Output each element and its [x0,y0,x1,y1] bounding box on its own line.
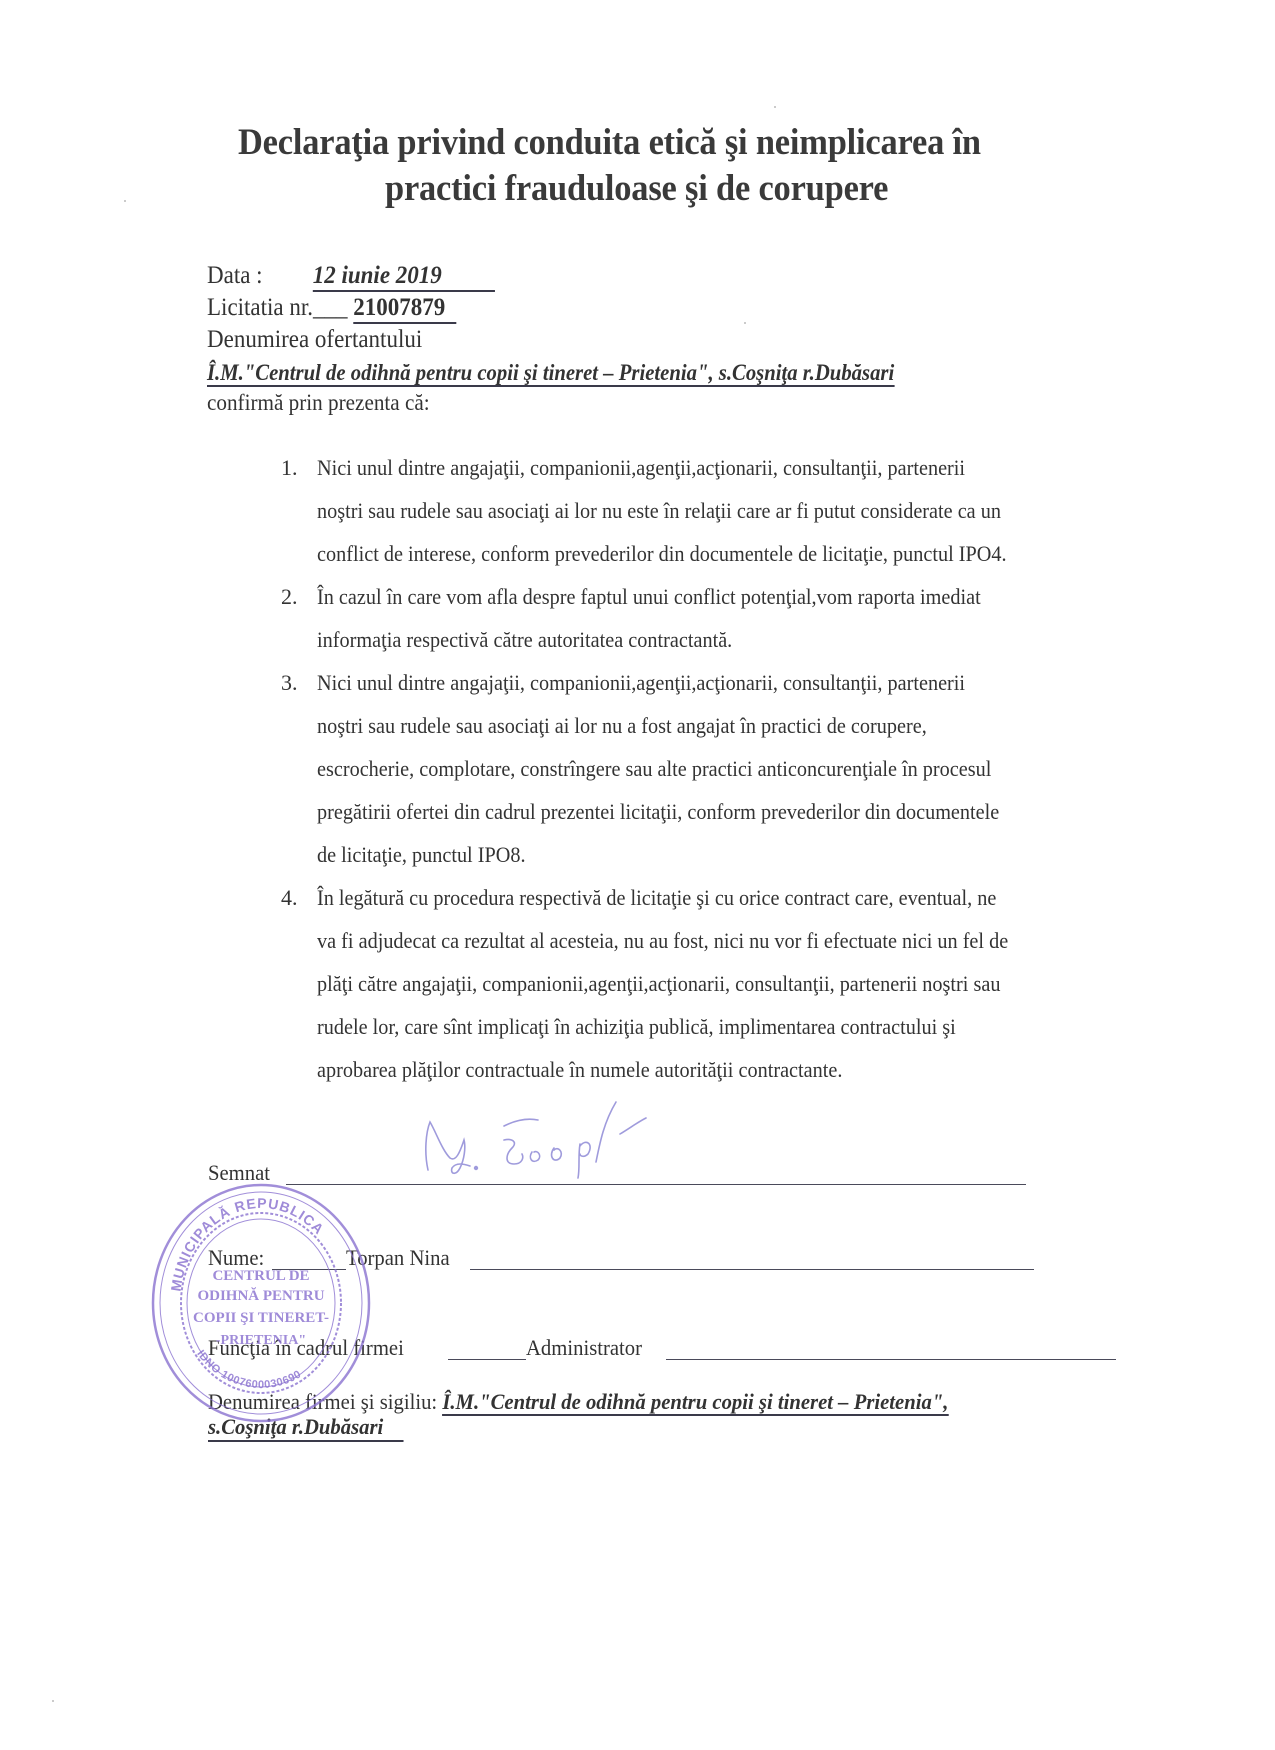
tender-number: 21007879 [353,294,445,321]
stamp-idno: IDNO 1007600030690 [194,1348,303,1391]
list-item-line: rudele lor, care sînt implicaţi în achiz… [317,1014,956,1040]
list-item-number: 1. [281,455,298,481]
svg-text:IDNO 1007600030690: IDNO 1007600030690 [194,1348,303,1391]
list-item-line: În cazul în care vom afla despre faptul … [317,584,981,610]
list-item-line: plăţi către angajaţii, companionii,agenţ… [317,971,1000,997]
tender-row: Licitatia nr.___ 21007879 [207,294,456,324]
tender-field: 21007879 [353,294,456,324]
official-stamp: MUNICIPALĂ REPUBLICA IDNO 1007600030690 … [150,1182,372,1424]
svg-text:-PRIETENIA": -PRIETENIA" [216,1333,306,1348]
list-item-line: În legătură cu procedura respectivă de l… [317,885,996,911]
tender-prefix-blank: ___ [313,294,348,321]
position-value: Administrator [526,1335,642,1361]
date-label: Data : [207,262,263,289]
scan-speck [744,322,746,324]
list-item-line: Nici unul dintre angajaţii, companionii,… [317,670,965,696]
date-value: 12 iunie 2019 [313,262,442,289]
list-item-line: escrocherie, complotare, constrîngere sa… [317,756,991,782]
handwritten-signature [420,1092,650,1184]
date-row: Data : 12 iunie 2019 [207,262,495,292]
svg-text:COPII ŞI TINERET-: COPII ŞI TINERET- [193,1310,329,1326]
list-item-line: Nici unul dintre angajaţii, companionii,… [317,455,965,481]
list-item-line: pregătirii ofertei din cadrul prezentei … [317,799,999,825]
bidder-label: Denumirea ofertantului [207,326,422,354]
confirm-text: confirmă prin prezenta că: [207,390,430,416]
firm-value-line-1: Î.M."Centrul de odihnă pentru copii şi t… [442,1389,948,1416]
scan-speck [52,1700,54,1702]
list-item-line: noştri sau rudele sau asociaţi ai lor nu… [317,713,927,739]
document-title-line-1: Declaraţia privind conduita etică şi nei… [238,121,981,164]
name-line [470,1269,1034,1270]
svg-text:ODIHNĂ PENTRU: ODIHNĂ PENTRU [197,1287,324,1304]
list-item-number: 3. [281,670,298,696]
bidder-name-value: Î.M."Centrul de odihnă pentru copii şi t… [207,360,894,387]
list-item-line: va fi adjudecat ca rezultat al acesteia,… [317,928,1008,954]
tender-label: Licitatia nr. [207,294,313,321]
date-field: 12 iunie 2019 [313,262,495,292]
bidder-name: Î.M."Centrul de odihnă pentru copii şi t… [207,360,894,386]
list-item-line: informaţia respectivă către autoritatea … [317,627,732,653]
list-item-number: 2. [281,584,298,610]
position-blank-line [448,1359,526,1360]
svg-text:CENTRUL DE: CENTRUL DE [212,1268,309,1284]
scan-speck [774,106,776,108]
scan-speck [124,200,126,202]
signed-line [286,1184,1026,1185]
list-item-number: 4. [281,885,298,911]
document-title-line-2: practici frauduloase şi de corupere [385,167,888,210]
position-line [666,1359,1116,1360]
list-item-line: aprobarea plăţilor contractuale în numel… [317,1057,842,1083]
list-item-line: conflict de interese, conform prevederil… [317,541,1007,567]
list-item-line: de licitaţie, punctul IPO8. [317,842,526,868]
list-item-line: noştri sau rudele sau asociaţi ai lor nu… [317,498,1001,524]
